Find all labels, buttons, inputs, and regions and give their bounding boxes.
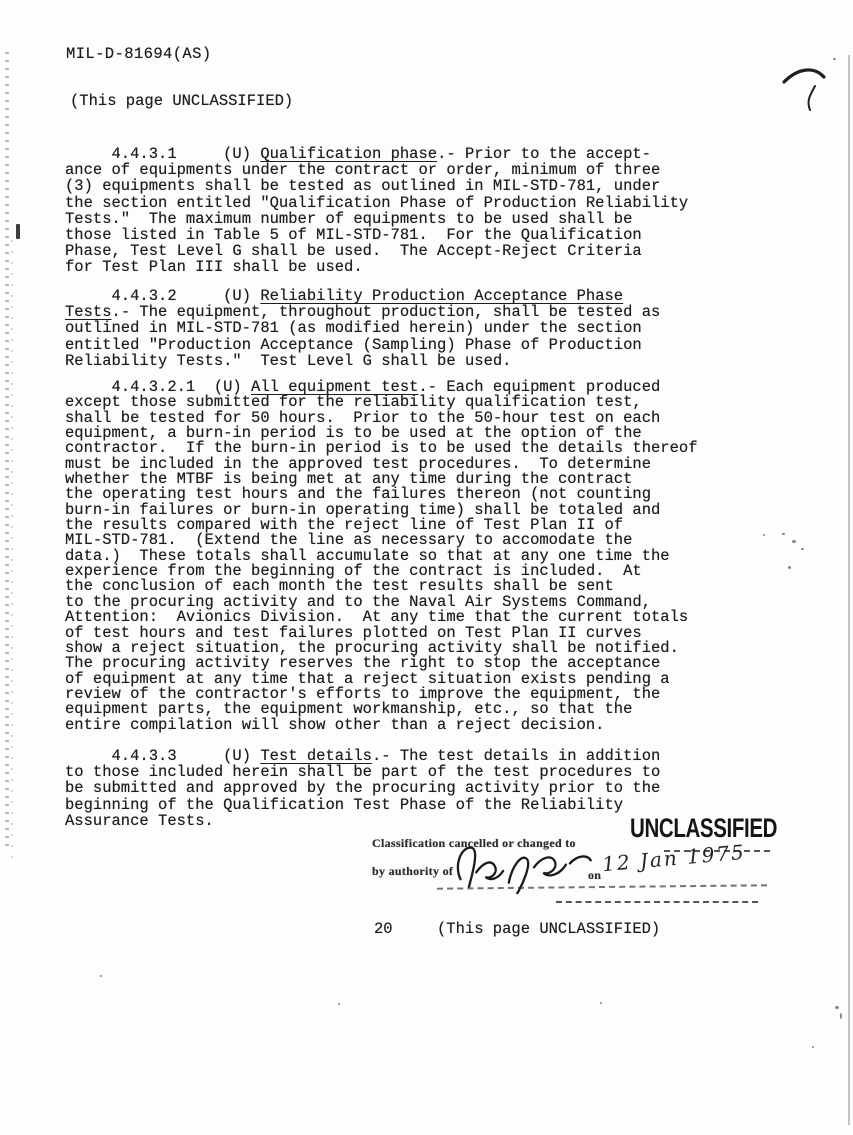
text-line: outlined in MIL-STD-781 (as modified her…: [65, 320, 660, 336]
text-line: beginning of the Qualification Test Phas…: [65, 797, 660, 813]
stamp-authority-prefix: by authority of: [372, 864, 453, 879]
document-body: 4.4.3.1 (U) Qualification phase.- Prior …: [0, 0, 853, 1135]
text-line: Phase, Test Level G shall be used. The A…: [65, 243, 688, 259]
text-line: 4.4.3.1 (U) Qualification phase.- Prior …: [65, 146, 688, 162]
handwritten-signature: [444, 832, 597, 903]
text-line: be submitted and approved by the procuri…: [65, 780, 660, 796]
paragraph-1: 4.4.3.1 (U) Qualification phase.- Prior …: [65, 146, 688, 276]
text-line: entitled "Production Acceptance (Samplin…: [65, 337, 660, 353]
text-line: for Test Plan III shall be used.: [65, 259, 688, 275]
text-line: Assurance Tests.: [65, 813, 660, 829]
text-line: entire compilation will show other than …: [65, 718, 698, 733]
unclassified-stamp: UNCLASSIFIED: [630, 813, 777, 844]
text-line: those listed in Table 5 of MIL-STD-781. …: [65, 227, 688, 243]
text-line: (3) equipments shall be tested as outlin…: [65, 178, 688, 194]
page-number: 20: [374, 920, 393, 938]
paragraph-4: 4.4.3.3 (U) Test details.- The test deta…: [65, 748, 660, 829]
text-line: 4.4.3.2 (U) Reliability Production Accep…: [65, 288, 660, 304]
text-line: Reliability Tests." Test Level G shall b…: [65, 353, 660, 369]
paragraph-3: 4.4.3.2.1 (U) All equipment test.- Each …: [65, 380, 698, 733]
scanned-document-page: MIL-D-81694(AS) (This page UNCLASSIFIED)…: [0, 0, 853, 1135]
text-line: to those included herein shall be part o…: [65, 764, 660, 780]
paragraph-2: 4.4.3.2 (U) Reliability Production Accep…: [65, 288, 660, 369]
text-line: ance of equipments under the contract or…: [65, 162, 688, 178]
text-line: 4.4.3.3 (U) Test details.- The test deta…: [65, 748, 660, 764]
text-line: the section entitled "Qualification Phas…: [65, 195, 688, 211]
footer-classification-note: (This page UNCLASSIFIED): [437, 920, 660, 938]
stamp-dashed-rule-3: [556, 901, 758, 903]
text-line: Tests.- The equipment, throughout produc…: [65, 304, 660, 320]
text-line: Tests." The maximum number of equipments…: [65, 211, 688, 227]
